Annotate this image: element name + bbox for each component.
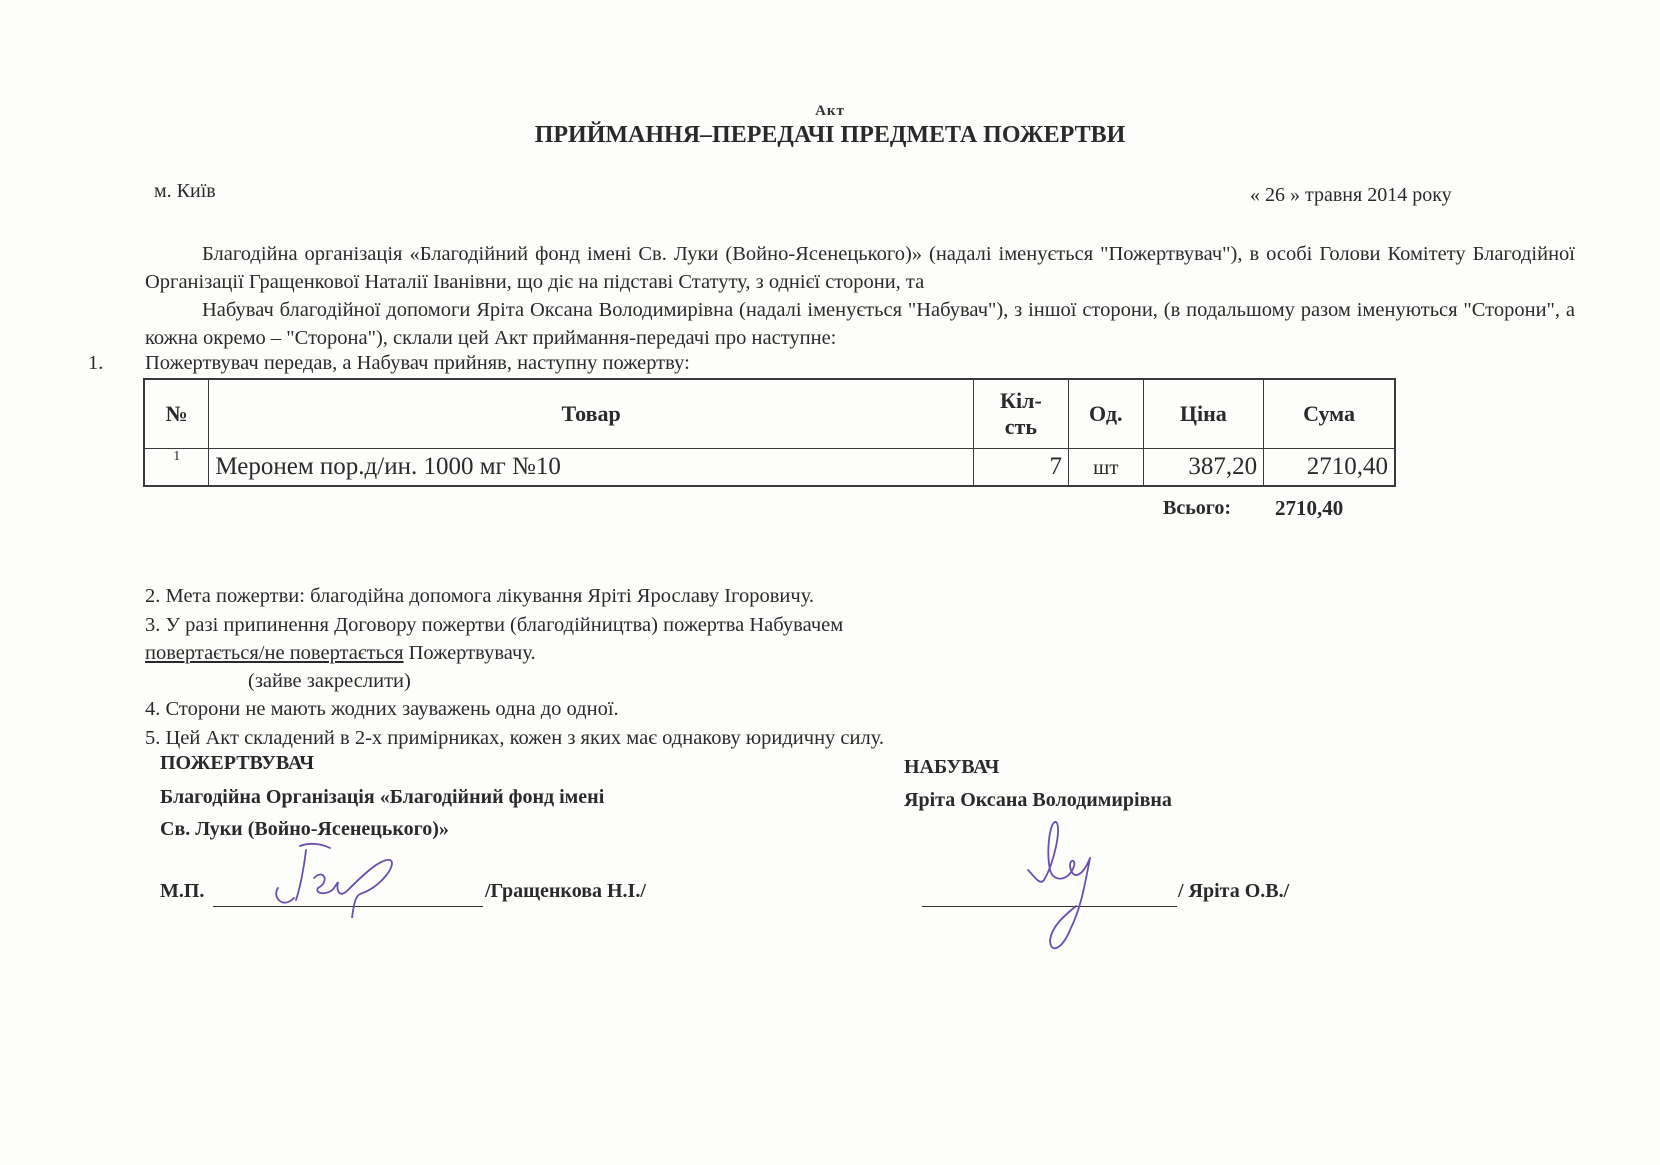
donor-signature-icon [270, 838, 420, 918]
document-date: « 26 » травня 2014 року [1250, 184, 1452, 207]
clause-5: 5. Цей Акт складений в 2-х примірниках, … [145, 727, 884, 750]
header-qty: Кіл- сть [973, 379, 1068, 449]
table-header-row: № Товар Кіл- сть Од. Ціна Сума [144, 379, 1395, 449]
cell-unit: шт [1068, 449, 1143, 487]
clause-4: 4. Сторони не мають жодних зауважень одн… [145, 698, 619, 721]
cell-qty: 7 [973, 449, 1068, 487]
total-label: Всього: [1163, 497, 1231, 520]
recipient-signature-icon [1020, 810, 1130, 960]
document-title: ПРИЙМАННЯ–ПЕРЕДАЧІ ПРЕДМЕТА ПОЖЕРТВИ [0, 122, 1660, 149]
city: м. Київ [154, 180, 216, 203]
cell-no: 1 [144, 449, 209, 487]
cell-price: 387,20 [1143, 449, 1264, 487]
donor-org-line1: Благодійна Організація «Благодійний фонд… [160, 786, 604, 809]
header-qty-line1: Кіл- [1000, 388, 1042, 413]
document-title-small: Акт [0, 103, 1660, 120]
header-sum: Сума [1264, 379, 1395, 449]
recipient-role: НАБУВАЧ [904, 756, 999, 779]
clause-3-rest: Пожертвувачу. [404, 642, 536, 664]
total-value: 2710,40 [1275, 496, 1343, 521]
table-row: 1 Меронем пор.д/ин. 1000 мг №10 7 шт 387… [144, 449, 1395, 487]
donor-signatory: /Гращенкова Н.І./ [485, 880, 646, 903]
donor-role: ПОЖЕРТВУВАЧ [160, 752, 314, 775]
cell-sum: 2710,40 [1264, 449, 1395, 487]
header-qty-line2: сть [1005, 414, 1037, 439]
cell-item: Меронем пор.д/ин. 1000 мг №10 [209, 449, 974, 487]
recipient-signatory: / Яріта О.В./ [1178, 880, 1289, 903]
recipient-name: Яріта Оксана Володимирівна [904, 789, 1172, 812]
seal-label: М.П. [160, 880, 204, 903]
header-no: № [144, 379, 209, 449]
clause-1-text: Пожертвувач передав, а Набувач прийняв, … [145, 352, 690, 375]
clause-2: 2. Мета пожертви: благодійна допомога лі… [145, 585, 814, 608]
paragraph-recipient: Набувач благодійної допомоги Яріта Оксан… [145, 296, 1575, 352]
header-item: Товар [209, 379, 974, 449]
header-unit: Од. [1068, 379, 1143, 449]
header-price: Ціна [1143, 379, 1264, 449]
clause-3-options: повертається/не повертається [145, 642, 404, 664]
paragraph-donor: Благодійна організація «Благодійний фонд… [145, 240, 1575, 296]
goods-table: № Товар Кіл- сть Од. Ціна Сума 1 Меронем… [143, 378, 1396, 487]
clause-3-line2: повертається/не повертається Пожертвувач… [145, 642, 536, 665]
clause-1-number: 1. [88, 352, 103, 375]
clause-3-line1: 3. У разі припинення Договору пожертви (… [145, 614, 843, 637]
clause-3-note: (зайве закреслити) [248, 670, 411, 693]
